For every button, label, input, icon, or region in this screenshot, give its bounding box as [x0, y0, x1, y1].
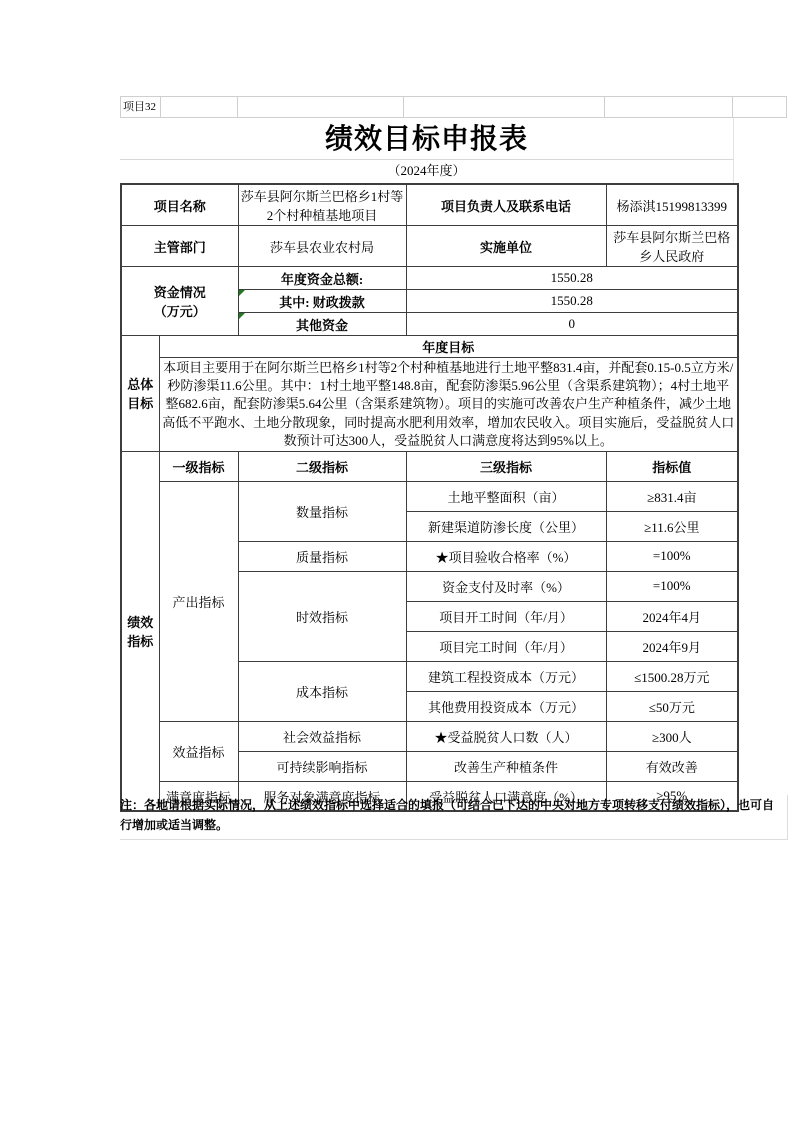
- indicator-name-cell: 其他费用投资成本（万元）: [406, 691, 606, 721]
- funding-fiscal-label-cell: 其中: 财政拨款: [238, 290, 406, 313]
- indicator-value-cell: 2024年4月: [606, 601, 738, 631]
- page-subtitle: （2024年度）: [120, 160, 734, 183]
- indicator-value-cell: ≥831.4亩: [606, 481, 738, 511]
- funding-total-label-cell: 年度资金总额:: [238, 267, 406, 290]
- indicator-name-cell: 项目开工时间（年/月）: [406, 601, 606, 631]
- indicator-name-cell: 土地平整面积（亩）: [406, 481, 606, 511]
- impl-unit-value-cell: 莎车县阿尔斯兰巴格乡人民政府: [606, 226, 738, 267]
- indicator-name-cell: 新建渠道防渗长度（公里）: [406, 511, 606, 541]
- corner-project-id: 项目32: [120, 96, 161, 118]
- level1-output-cell: 产出指标: [159, 481, 238, 721]
- declaration-form-table: 项目名称 莎车县阿尔斯兰巴格乡1村等2个村种植基地项目 项目负责人及联系电话 杨…: [120, 183, 739, 812]
- grid-cell: [732, 96, 787, 118]
- level2-sustain-cell: 可持续影响指标: [238, 751, 406, 781]
- indicator-value-cell: 2024年9月: [606, 631, 738, 661]
- indicator-value-cell: ≥11.6公里: [606, 511, 738, 541]
- level1-header-cell: 一级指标: [159, 451, 238, 481]
- footnote: 注：各地请根据实际情况，从上述绩效指标中选择适合的填报（可结合已下达的中央对地方…: [120, 795, 788, 840]
- manager-label-cell: 项目负责人及联系电话: [406, 184, 606, 226]
- level2-cost-cell: 成本指标: [238, 661, 406, 721]
- funding-fiscal-value-cell: 1550.28: [406, 290, 738, 313]
- annual-goal-text-cell: 本项目主要用于在阿尔斯兰巴格乡1村等2个村种植基地进行土地平整831.4亩，并配…: [159, 358, 738, 452]
- level3-header-cell: 三级指标: [406, 451, 606, 481]
- level2-header-cell: 二级指标: [238, 451, 406, 481]
- impl-unit-label-cell: 实施单位: [406, 226, 606, 267]
- level2-quality-cell: 质量指标: [238, 541, 406, 571]
- indicator-value-cell: =100%: [606, 571, 738, 601]
- grid-cell: [237, 96, 404, 118]
- department-label-cell: 主管部门: [121, 226, 238, 267]
- level2-time-cell: 时效指标: [238, 571, 406, 661]
- level2-quantity-cell: 数量指标: [238, 481, 406, 541]
- project-name-label-cell: 项目名称: [121, 184, 238, 226]
- perf-indicator-label-cell: 绩效 指标: [121, 451, 159, 811]
- funding-fiscal-label: 其中: 财政拨款: [279, 295, 365, 310]
- indicator-value-cell: =100%: [606, 541, 738, 571]
- indicator-value-cell: ≥300人: [606, 721, 738, 751]
- indicator-name-cell: ★受益脱贫人口数（人）: [406, 721, 606, 751]
- grid-cell: [160, 96, 238, 118]
- level2-social-cell: 社会效益指标: [238, 721, 406, 751]
- indicator-value-cell: ≤50万元: [606, 691, 738, 721]
- cell-flag-icon: [239, 313, 245, 319]
- value-header-cell: 指标值: [606, 451, 738, 481]
- top-grid-row: 项目32: [120, 96, 792, 118]
- overall-goal-label-cell: 总体 目标: [121, 336, 159, 452]
- spreadsheet-area: 项目32 绩效目标申报表 （2024年度） 项目名称 莎车县阿尔斯兰巴格乡1村等…: [120, 96, 792, 812]
- funding-other-label-cell: 其他资金: [238, 313, 406, 336]
- indicator-name-cell: 建筑工程投资成本（万元）: [406, 661, 606, 691]
- indicator-value-cell: ≤1500.28万元: [606, 661, 738, 691]
- department-value-cell: 莎车县农业农村局: [238, 226, 406, 267]
- grid-cell: [604, 96, 733, 118]
- funding-other-value-cell: 0: [406, 313, 738, 336]
- grid-cell: [403, 96, 605, 118]
- level1-benefit-cell: 效益指标: [159, 721, 238, 781]
- manager-value-cell: 杨添淇15199813399: [606, 184, 738, 226]
- annual-goal-header-cell: 年度目标: [159, 336, 738, 358]
- project-name-value-cell: 莎车县阿尔斯兰巴格乡1村等2个村种植基地项目: [238, 184, 406, 226]
- indicator-name-cell: 项目完工时间（年/月）: [406, 631, 606, 661]
- funding-other-label: 其他资金: [296, 318, 348, 333]
- indicator-name-cell: 资金支付及时率（%）: [406, 571, 606, 601]
- funding-total-value-cell: 1550.28: [406, 267, 738, 290]
- funding-label-cell: 资金情况 （万元）: [121, 267, 238, 336]
- page-title: 绩效目标申报表: [120, 118, 734, 160]
- indicator-value-cell: 有效改善: [606, 751, 738, 781]
- indicator-name-cell: ★项目验收合格率（%）: [406, 541, 606, 571]
- cell-flag-icon: [239, 290, 245, 296]
- indicator-name-cell: 改善生产种植条件: [406, 751, 606, 781]
